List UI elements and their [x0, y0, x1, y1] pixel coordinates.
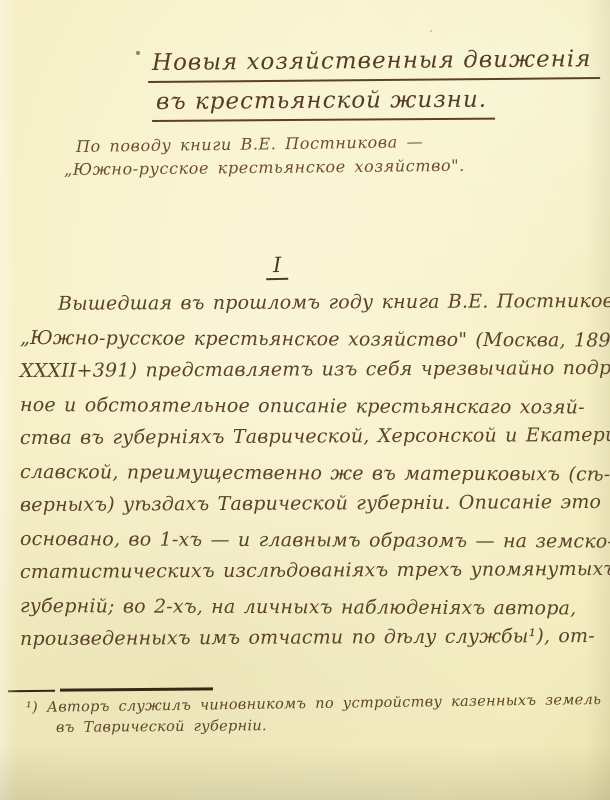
ink-speck	[136, 51, 140, 55]
manuscript-title-line-1: Новыя хозяйственныя движенія	[148, 46, 600, 83]
manuscript-page: Новыя хозяйственныя движенія въ крестьян…	[0, 0, 610, 800]
manuscript-body: Вышедшая въ прошломъ году книга В.Е. Пос…	[20, 288, 605, 657]
footnote-line-2: въ Таврической губерніи.	[56, 718, 267, 736]
body-line: XXXII+391) представляетъ изъ себя чрезвы…	[20, 352, 605, 389]
section-heading-roman-numeral: I	[266, 253, 289, 280]
body-line: произведенныхъ имъ отчасти по дѣлу служб…	[20, 620, 605, 657]
footnote-line-1: ¹) Авторъ служилъ чиновникомъ по устройс…	[26, 692, 601, 716]
body-line: статистическихъ изслѣдованіяхъ трехъ упо…	[20, 553, 605, 590]
body-line: Вышедшая въ прошломъ году книга В.Е. Пос…	[20, 285, 605, 322]
body-line: ства въ губерніяхъ Таврической, Херсонск…	[20, 419, 605, 456]
manuscript-title-line-2: въ крестьянской жизни.	[152, 87, 495, 122]
manuscript-subtitle-line-1: По поводу книги В.Е. Постникова —	[76, 132, 423, 156]
ink-speck	[430, 30, 432, 32]
footnote-separator-segment	[60, 687, 213, 691]
footnote-separator-segment	[8, 690, 55, 692]
manuscript-subtitle-line-2: „Южно-русское крестьянское хозяйство".	[64, 156, 465, 179]
body-line: верныхъ) уѣздахъ Таврической губерніи. О…	[20, 486, 605, 523]
